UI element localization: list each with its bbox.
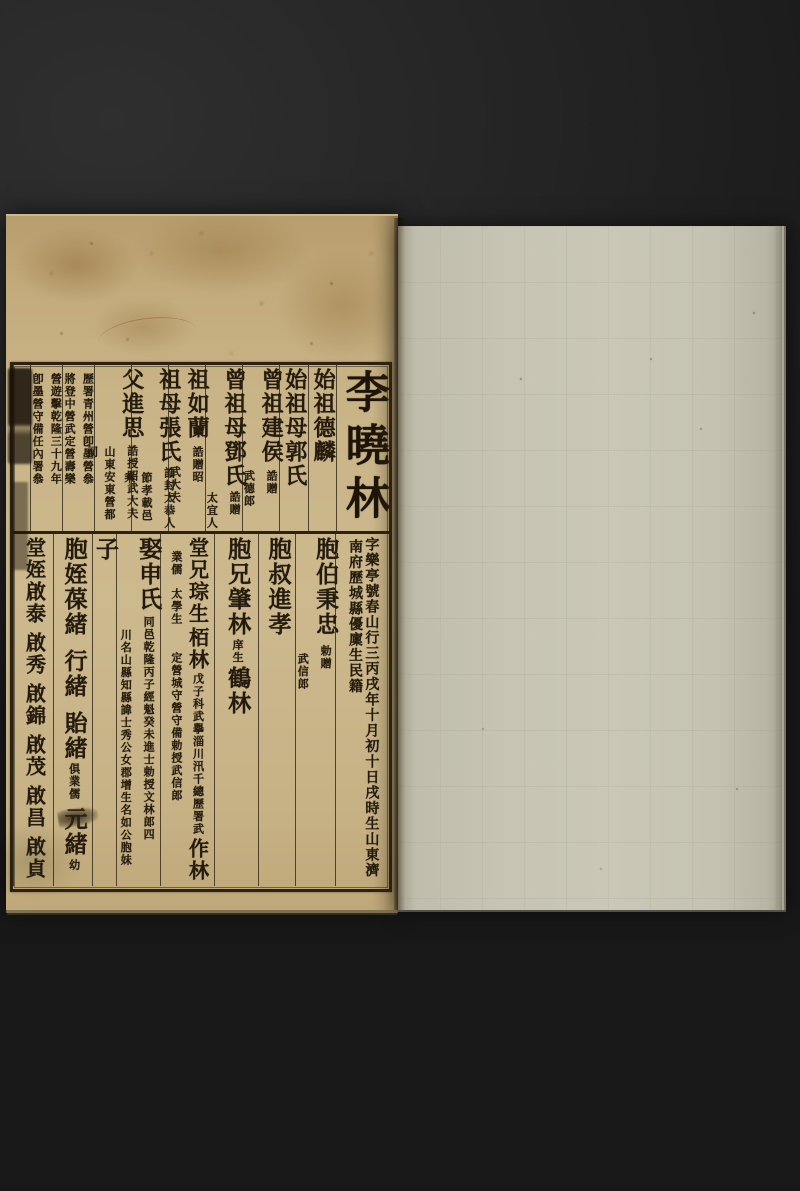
text-run: 胞兄肇林 bbox=[224, 537, 251, 637]
text-run: 將登中營武定營壽樂 bbox=[63, 373, 76, 486]
text-run: 太宜人 bbox=[205, 492, 218, 530]
text-run: 啟茂 bbox=[23, 734, 47, 778]
text-run: 栢林 bbox=[185, 627, 209, 671]
column-tangzhi: 堂姪啟泰啟秀啟錦啟茂啟昌啟貞 bbox=[13, 534, 53, 886]
text-run: 山東安東營都司 bbox=[86, 446, 116, 521]
text-run: 誥贈 bbox=[265, 470, 278, 495]
spine-edge-fragment-icon bbox=[8, 368, 32, 464]
text-run: 川名山縣知縣諱士秀公女郡增生名如公胞妹 bbox=[119, 629, 132, 867]
text-run: 鶴林 bbox=[224, 666, 251, 716]
text-run: 武德郎 bbox=[242, 470, 255, 508]
text-strip: 胞伯秉忠勅贈 bbox=[312, 537, 337, 670]
text-run: 定營城守營守備勅授武信郎 bbox=[170, 652, 183, 802]
column-tangxiong: 堂兄琮生栢林戊子科武擧淄川汛千總歷署武作林業儒太學生定營城守營守備勅授武信郎 bbox=[160, 534, 214, 886]
title-column: 李曉林 bbox=[336, 365, 389, 531]
scan-background: 李曉林 始祖德麟始祖母郭氏曾祖建侯誥贈武德郎曾祖母鄧氏誥贈太宜人祖如蘭誥贈昭武大… bbox=[0, 0, 800, 1191]
column-baoshu: 胞叔進孝 bbox=[258, 534, 295, 886]
text-run: 武信郎 bbox=[296, 653, 309, 691]
text-strip: 子 bbox=[92, 537, 117, 562]
column-baoxiong: 胞兄肇林庠生鶴林 bbox=[214, 534, 258, 886]
text-run: 娶申氏 bbox=[135, 537, 162, 612]
text-strip: 武德郎 bbox=[240, 470, 257, 508]
column-zumu: 祖母張氏誥封太恭人節孝載邑乘 bbox=[131, 365, 168, 531]
column-fu-career-2: 營遊擊乾隆三十九年卽墨營守備任內署叅 bbox=[30, 365, 62, 531]
column-baozhi: 胞姪葆緒行緒貽緒俱業儒元緒幼 bbox=[53, 534, 92, 886]
text-run: 始祖德麟 bbox=[310, 368, 336, 464]
top-band: 李曉林 始祖德麟始祖母郭氏曾祖建侯誥贈武德郎曾祖母鄧氏誥贈太宜人祖如蘭誥贈昭武大… bbox=[13, 365, 389, 534]
text-strip: 始祖母郭氏 bbox=[282, 368, 306, 488]
text-strip: 川名山縣知縣諱士秀公女郡增生名如公胞妹 bbox=[117, 629, 134, 867]
column-baobo: 胞伯秉忠勅贈武信郎 bbox=[295, 534, 335, 886]
text-strip: 胞兄肇林庠生鶴林 bbox=[224, 537, 249, 716]
column-zu: 祖如蘭誥贈昭武大夫 bbox=[168, 365, 205, 531]
bio-strip-right: 字樂亭號春山行三丙戌年十月初十日戌時生山東濟 bbox=[363, 537, 378, 878]
text-run: 啟貞 bbox=[23, 836, 47, 880]
text-run: 俱業儒 bbox=[68, 763, 81, 801]
text-run: 啟錦 bbox=[23, 683, 47, 727]
column-zi: 子 bbox=[92, 534, 116, 886]
text-run: 始祖母郭氏 bbox=[282, 368, 308, 488]
text-run: 作林 bbox=[185, 838, 209, 882]
text-strip: 太宜人 bbox=[203, 492, 220, 530]
text-run: 太學生 bbox=[170, 588, 183, 626]
text-strip: 山東安東營都司 bbox=[83, 446, 118, 531]
bottom-band: 字樂亭號春山行三丙戌年十月初十日戌時生山東濟 南府歷城縣優廩生民籍 胞伯秉忠勅贈… bbox=[13, 534, 389, 886]
column-zengzu: 曾祖建侯誥贈武德郎 bbox=[242, 365, 279, 531]
scratch-mark bbox=[96, 312, 200, 361]
foxing-spots bbox=[6, 216, 9, 219]
text-run: 貽緒 bbox=[61, 711, 88, 761]
column-shizumu: 始祖母郭氏 bbox=[279, 365, 307, 531]
text-strip: 始祖德麟 bbox=[310, 368, 334, 464]
text-strip: 武信郎 bbox=[294, 653, 311, 691]
gutter-crease bbox=[398, 226, 414, 910]
text-run: 啟秀 bbox=[23, 632, 47, 676]
text-run: 卽墨營守備任內署叅 bbox=[31, 373, 44, 486]
text-strip: 武大夫 bbox=[166, 466, 183, 504]
paper-specks bbox=[398, 226, 400, 228]
text-run: 節孝載邑乘 bbox=[123, 472, 153, 522]
text-run: 誥贈昭 bbox=[191, 446, 204, 484]
text-run: 庠生 bbox=[231, 639, 244, 664]
bio-column: 字樂亭號春山行三丙戌年十月初十日戌時生山東濟 南府歷城縣優廩生民籍 bbox=[335, 534, 389, 886]
text-run: 胞姪葆緒 bbox=[61, 537, 88, 637]
left-page: 李曉林 始祖德麟始祖母郭氏曾祖建侯誥贈武德郎曾祖母鄧氏誥贈太宜人祖如蘭誥贈昭武大… bbox=[6, 214, 398, 910]
text-run: 啟昌 bbox=[23, 785, 47, 829]
text-run: 堂姪啟泰 bbox=[23, 537, 47, 625]
text-run: 同邑乾隆丙子經魁癸未進士勅授文林郎四 bbox=[142, 616, 155, 841]
column-zengzumu: 曾祖母鄧氏誥贈太宜人 bbox=[205, 365, 242, 531]
text-strip: 將登中營武定營壽樂 bbox=[61, 373, 78, 486]
text-run: 武大夫 bbox=[168, 466, 181, 504]
column-shizu: 始祖德麟 bbox=[308, 365, 336, 531]
text-run: 勅贈 bbox=[319, 645, 332, 670]
text-run: 幼 bbox=[68, 859, 81, 872]
text-run: 戊子科武擧淄川汛千總歷署武 bbox=[191, 673, 204, 836]
right-page bbox=[398, 226, 786, 910]
text-strip: 節孝載邑乘 bbox=[120, 472, 155, 531]
page-title: 李曉林 bbox=[339, 369, 387, 528]
bio-strip-left: 南府歷城縣優廩生民籍 bbox=[347, 539, 362, 694]
text-run: 胞叔進孝 bbox=[265, 537, 292, 637]
text-strip: 胞叔進孝 bbox=[265, 537, 290, 637]
text-strip: 堂姪啟泰啟秀啟錦啟茂啟昌啟貞 bbox=[23, 537, 45, 880]
text-run: 行緒 bbox=[61, 649, 88, 699]
text-run: 堂兄琮生 bbox=[185, 537, 209, 625]
text-strip: 業儒太學生定營城守營守備勅授武信郎 bbox=[168, 551, 185, 802]
text-strip: 堂兄琮生栢林戊子科武擧淄川汛千總歷署武作林 bbox=[186, 537, 208, 882]
column-qu-shenshi: 娶申氏同邑乾隆丙子經魁癸未進士勅授文林郎四川名山縣知縣諱士秀公女郡增生名如公胞妹 bbox=[116, 534, 160, 886]
text-run: 業儒 bbox=[170, 551, 183, 576]
text-strip: 娶申氏同邑乾隆丙子經魁癸未進士勅授文林郎四 bbox=[135, 537, 160, 841]
page-edge-stack bbox=[768, 226, 786, 910]
text-run: 子 bbox=[92, 537, 119, 562]
